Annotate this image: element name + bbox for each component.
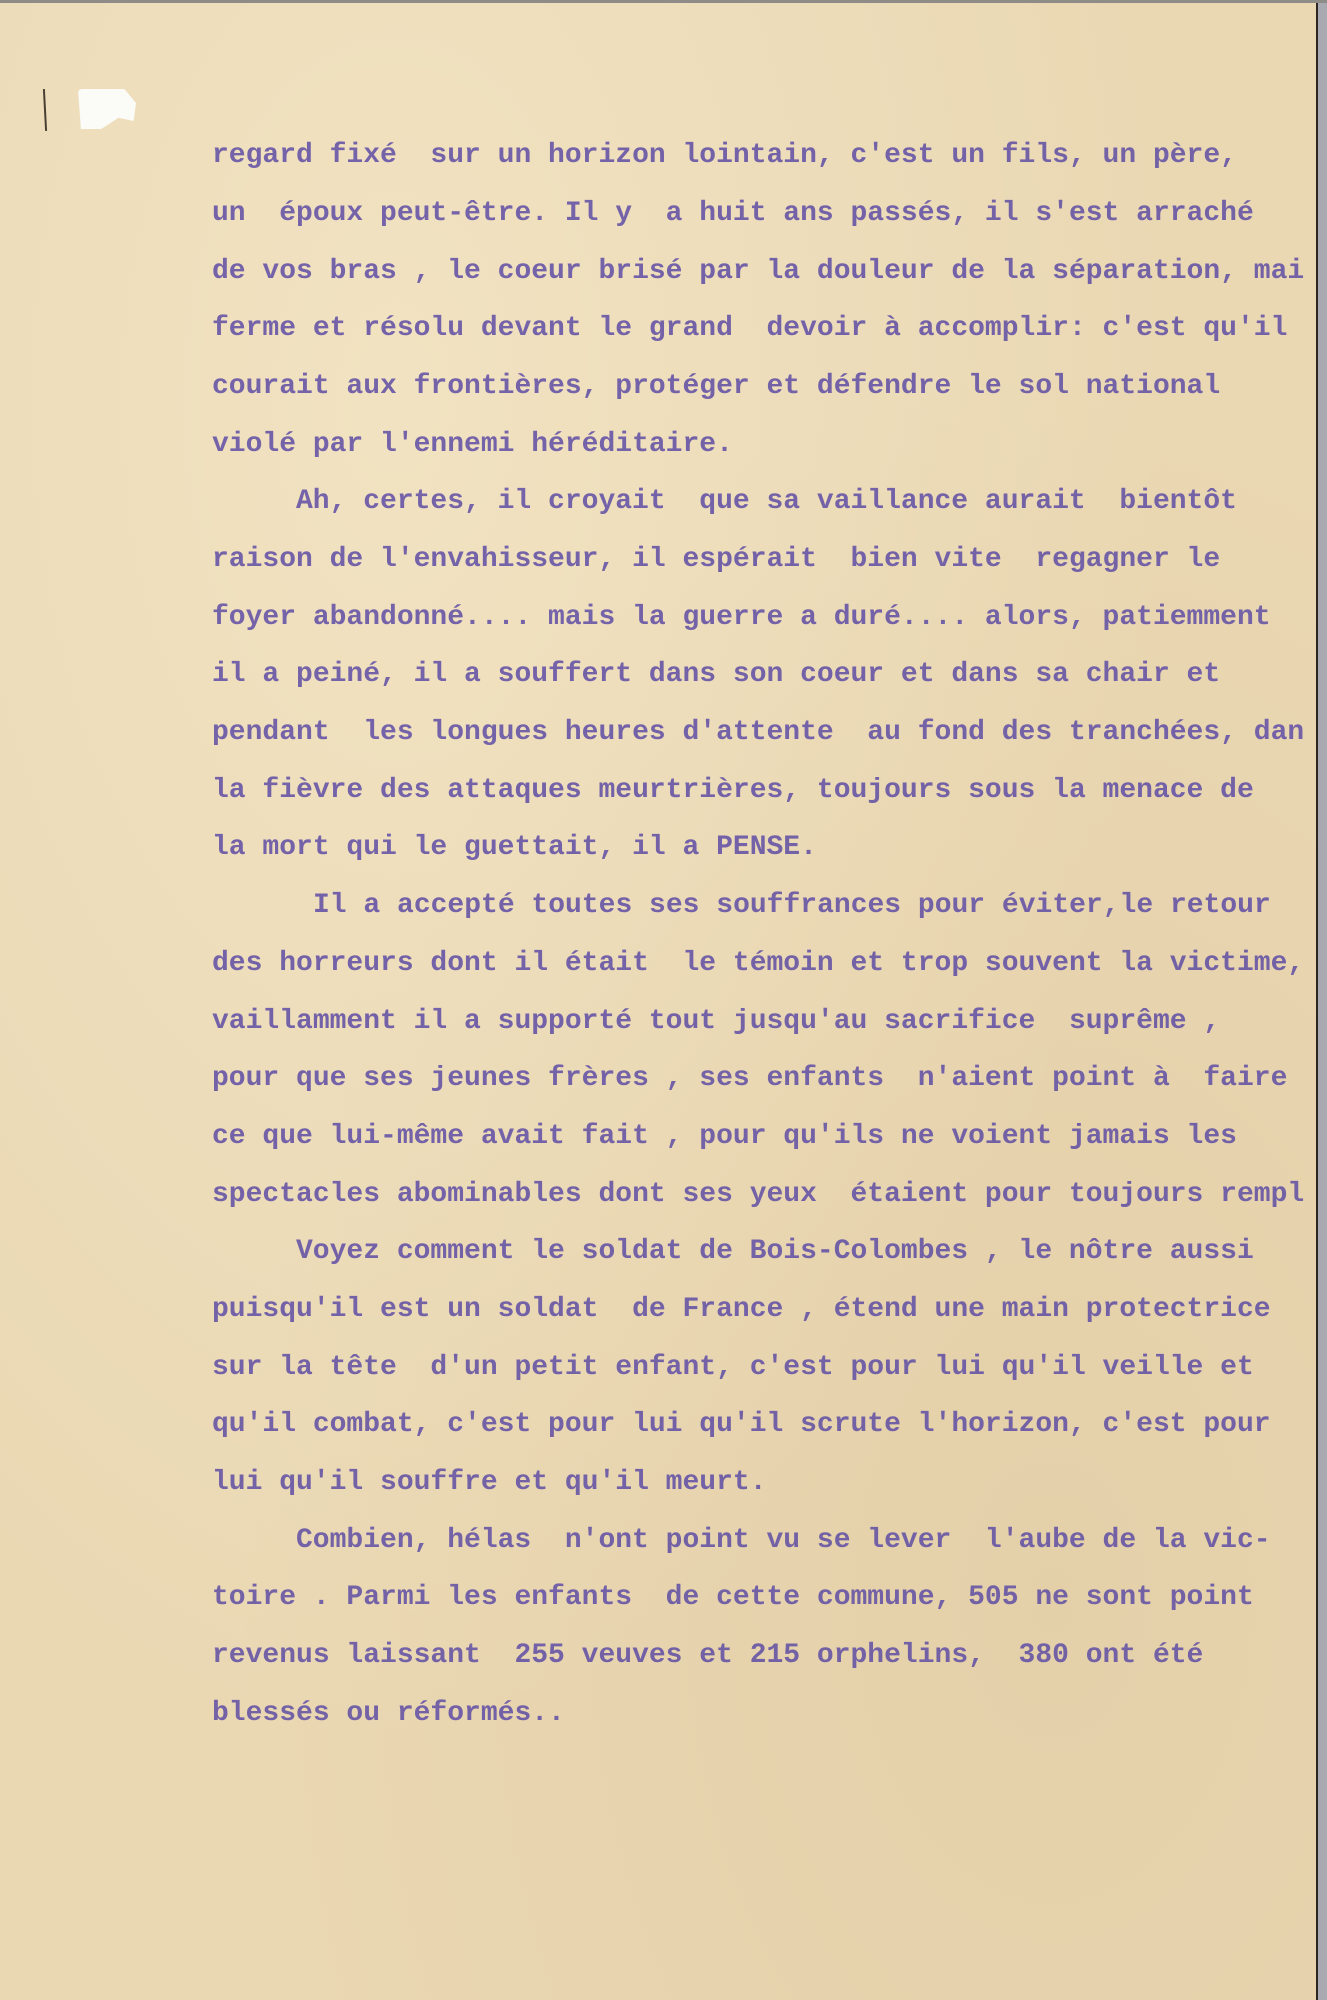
text-line: blessés ou réformés.. xyxy=(212,1698,565,1729)
text-line: foyer abandonné.... mais la guerre a dur… xyxy=(212,602,1271,633)
paragraph-start-line: Il a accepté toutes ses souffrances pour… xyxy=(313,890,1271,921)
text-line: la fièvre des attaques meurtrières, touj… xyxy=(212,775,1254,806)
text-line: vaillamment il a supporté tout jusqu'au … xyxy=(212,1006,1220,1037)
text-line: sur la tête d'un petit enfant, c'est pou… xyxy=(212,1352,1254,1383)
paragraph-start-line: Combien, hélas n'ont point vu se lever l… xyxy=(296,1525,1271,1556)
text-line: revenus laissant 255 veuves et 215 orphe… xyxy=(212,1640,1203,1671)
text-line: de vos bras , le coeur brisé par la doul… xyxy=(212,256,1304,287)
text-line: ferme et résolu devant le grand devoir à… xyxy=(212,313,1287,344)
text-line: pour que ses jeunes frères , ses enfants… xyxy=(212,1063,1287,1094)
paragraph-start-line: Voyez comment le soldat de Bois-Colombes… xyxy=(296,1236,1254,1267)
text-line: raison de l'envahisseur, il espérait bie… xyxy=(212,544,1220,575)
text-line: pendant les longues heures d'attente au … xyxy=(212,717,1304,748)
text-line: courait aux frontières, protéger et défe… xyxy=(212,371,1220,402)
text-line: ce que lui-même avait fait , pour qu'ils… xyxy=(212,1121,1237,1152)
text-line-with-handwritten-correction: puisqu'il est un soldat de France , éten… xyxy=(212,1294,1271,1325)
text-line: des horreurs dont il était le témoin et … xyxy=(212,948,1304,979)
text-line: la mort qui le guettait, il a PENSE. xyxy=(212,832,817,863)
text-line: regard fixé sur un horizon lointain, c'e… xyxy=(212,140,1237,171)
text-line: qu'il combat, c'est pour lui qu'il scrut… xyxy=(212,1409,1271,1440)
text-line: lui qu'il souffre et qu'il meurt. xyxy=(212,1467,767,1498)
text-line: spectacles abominables dont ses yeux éta… xyxy=(212,1179,1304,1210)
text-line: il a peiné, il a souffert dans son coeur… xyxy=(212,659,1220,690)
text-line: violé par l'ennemi héréditaire. xyxy=(212,429,733,460)
text-line: un époux peut-être. Il y a huit ans pass… xyxy=(212,198,1254,229)
page-text: regard fixé sur un horizon lointain, c'e… xyxy=(0,0,1318,2000)
paragraph-start-line: Ah, certes, il croyait que sa vaillance … xyxy=(296,486,1237,517)
text-line: toire . Parmi les enfants de cette commu… xyxy=(212,1582,1254,1613)
